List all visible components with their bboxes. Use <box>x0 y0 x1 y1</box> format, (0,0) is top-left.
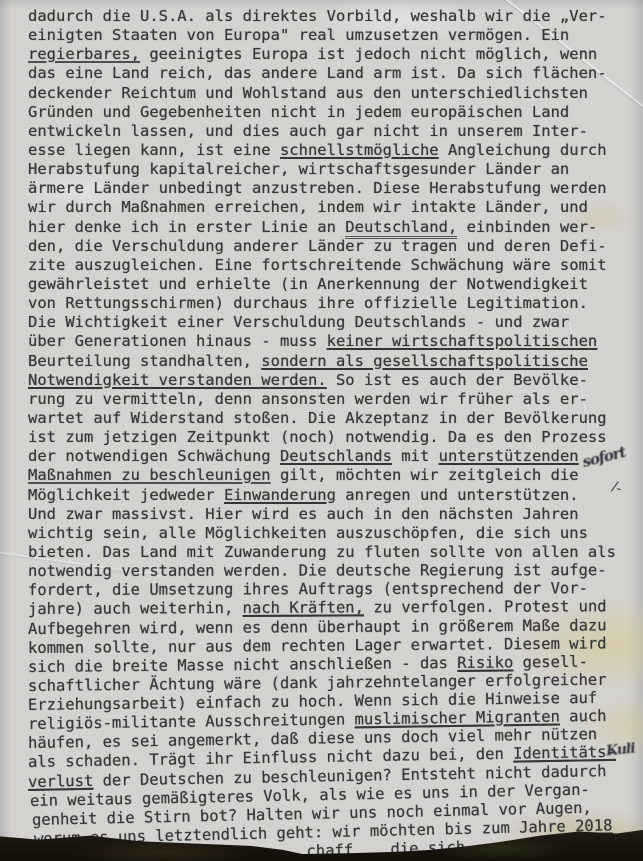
text-segment: ärmere Länder unbedingt anzustreben. Die… <box>28 179 607 197</box>
text-segment: gesell- <box>513 653 588 672</box>
text-segment: regierbares, <box>28 45 140 63</box>
text-segment: zite auszugleichen. Eine fortschreitende… <box>28 256 607 274</box>
text-segment: gewährleistet und erhielte (in Anerkennu… <box>28 275 588 293</box>
text-segment: Und zwar massivst. Hier wird es auch in … <box>28 505 579 523</box>
text-segment: Einwanderung <box>224 486 336 504</box>
text-line: notwendig verstanden werden. Die deutsch… <box>28 561 635 581</box>
text-segment: Gründen und Gegebenheiten nicht in jedem… <box>28 103 569 121</box>
text-segment: jahre) auch weiterhin, <box>28 599 243 618</box>
text-segment: bieten. Das Land mit Zuwanderung zu flut… <box>28 543 616 561</box>
text-segment: wartet auf Widerstand stoßen. Die Akzept… <box>28 409 607 427</box>
text-segment: Deutschlands <box>280 447 392 465</box>
text-line: hier denke ich in erster Linie an Deutsc… <box>28 218 635 237</box>
text-line: Beurteilung standhalten, sondern als ges… <box>28 352 635 371</box>
text-line: über Generationen hinaus - muss keiner w… <box>28 332 635 351</box>
text-segment: ist zum jetzigen Zeitpunkt (noch) notwen… <box>28 428 607 446</box>
text-line: wartet auf Widerstand stoßen. Die Akzept… <box>28 409 635 428</box>
text-segment: verlust <box>28 771 94 790</box>
text-segment: keiner wirtschaftspolitischen <box>327 332 598 350</box>
text-segment: So ist es auch der Bevölke- <box>327 371 588 389</box>
text-segment: gilt, möchten wir zeitgleich die <box>271 466 579 484</box>
text-line: bieten. Das Land mit Zuwanderung zu flut… <box>28 543 635 562</box>
text-segment: esse liegen kann, ist eine <box>28 141 280 159</box>
text-line: esse liegen kann, ist eine schnellstmögl… <box>28 141 635 160</box>
document-photo: dadurch die U.S.A. als direktes Vorbild,… <box>0 0 643 861</box>
text-line: das eine Land reich, das andere Land arm… <box>28 64 635 83</box>
text-segment: wichtig sein, alle Möglichkeiten auszusc… <box>28 524 588 542</box>
text-line: ist zum jetzigen Zeitpunkt (noch) notwen… <box>28 428 635 447</box>
text-line: Herabstufung kapitalreicher, wirtschafts… <box>28 160 635 179</box>
text-segment: sondern als gesellschaftspolitische <box>261 352 588 370</box>
text-line: ärmere Länder unbedingt anzustreben. Die… <box>28 179 635 198</box>
text-segment: von Rettungsschirmen) durchaus ihre offi… <box>28 294 588 312</box>
paper: dadurch die U.S.A. als direktes Vorbild,… <box>0 0 643 861</box>
text-line: zite auszugleichen. Eine fortschreitende… <box>28 256 635 275</box>
text-line: regierbares, geeinigtes Europa ist jedoc… <box>28 45 635 64</box>
text-line: entwickeln lassen, und dies auch gar nic… <box>28 122 635 141</box>
text-segment: notwendig verstanden werden. Die deutsch… <box>28 561 607 580</box>
text-segment: geeinigtes Europa ist jedoch nicht mögli… <box>140 45 597 63</box>
text-segment: Risiko <box>457 653 513 672</box>
text-segment: nach Kräften, <box>243 599 364 618</box>
text-segment: das eine Land reich, das andere Land arm… <box>28 64 607 82</box>
text-segment: wir durch Maßnahmen erreichen, indem wir… <box>28 198 588 216</box>
text-segment: schnellstmögliche <box>280 141 439 159</box>
text-segment: der notwendigen Schwächung <box>28 447 280 465</box>
text-line: den, die Verschuldung anderer Länder zu … <box>28 237 635 256</box>
text-segment: entwickeln lassen, und dies auch gar nic… <box>28 122 588 140</box>
text-segment: fordert, die Umsetzung ihres Auftrags (e… <box>28 579 588 599</box>
text-segment: rung zu vermitteln, denn ansonsten werde… <box>28 390 588 408</box>
text-segment: Angleichung durch <box>439 141 607 159</box>
text-line: dadurch die U.S.A. als direktes Vorbild,… <box>28 7 635 26</box>
text-segment: Beurteilung standhalten, <box>28 352 261 370</box>
text-segment: zu verfolgen. Protest und <box>364 598 607 617</box>
text-line: rung zu vermitteln, denn ansonsten werde… <box>28 390 635 409</box>
text-line: wir durch Maßnahmen erreichen, indem wir… <box>28 198 635 217</box>
text-segment: unterstützenden <box>439 447 579 465</box>
text-segment: einigten Staaten von Europa" real umzuse… <box>28 26 569 44</box>
text-segment: den, die Verschuldung anderer Länder zu … <box>28 237 607 255</box>
text-segment: Deutschland, <box>345 218 457 239</box>
text-segment: anregen und unterstützen. <box>336 486 579 504</box>
text-line: Notwendigkeit verstanden werden. So ist … <box>28 371 635 390</box>
text-line: gewährleistet und erhielte (in Anerkennu… <box>28 275 635 294</box>
text-segment: Möglichkeit jedweder <box>28 486 224 504</box>
text-segment: Notwendigkeit verstanden werden. <box>28 371 327 389</box>
text-line: Gründen und Gegebenheiten nicht in jedem… <box>28 103 635 122</box>
text-line: der notwendigen Schwächung Deutschlands … <box>28 447 635 466</box>
text-segment: dadurch die U.S.A. als direktes Vorbild,… <box>28 7 607 25</box>
text-segment: über Generationen hinaus - muss <box>28 332 327 350</box>
text-segment: Identitäts- <box>513 743 616 763</box>
text-line: deckender Reichtum und Wohlstand aus den… <box>28 84 635 103</box>
text-line: Möglichkeit jedweder Einwanderung anrege… <box>28 486 635 505</box>
typewritten-text: dadurch die U.S.A. als direktes Vorbild,… <box>0 0 643 861</box>
text-line: einigten Staaten von Europa" real umzuse… <box>28 26 635 45</box>
text-segment: hier denke ich in erster Linie an <box>28 218 345 236</box>
handwritten-margin-note: Kuli <box>605 741 635 760</box>
text-line: Maßnahmen zu beschleunigen gilt, möchten… <box>28 466 635 485</box>
text-line: Und zwar massivst. Hier wird es auch in … <box>28 505 635 524</box>
text-line: wichtig sein, alle Möglichkeiten auszusc… <box>28 524 635 543</box>
text-segment: deckender Reichtum und Wohlstand aus den… <box>28 84 588 102</box>
text-line: von Rettungsschirmen) durchaus ihre offi… <box>28 294 635 313</box>
text-segment: Die Wichtigkeit einer Verschuldung Deuts… <box>28 313 569 331</box>
text-segment: auch <box>560 707 607 726</box>
text-segment: mit <box>392 447 439 465</box>
text-line: Die Wichtigkeit einer Verschuldung Deuts… <box>28 313 635 332</box>
text-segment: einbinden wer- <box>457 218 597 236</box>
text-segment: Maßnahmen zu beschleunigen <box>28 466 271 484</box>
text-segment: Herabstufung kapitalreicher, wirtschafts… <box>28 160 569 178</box>
